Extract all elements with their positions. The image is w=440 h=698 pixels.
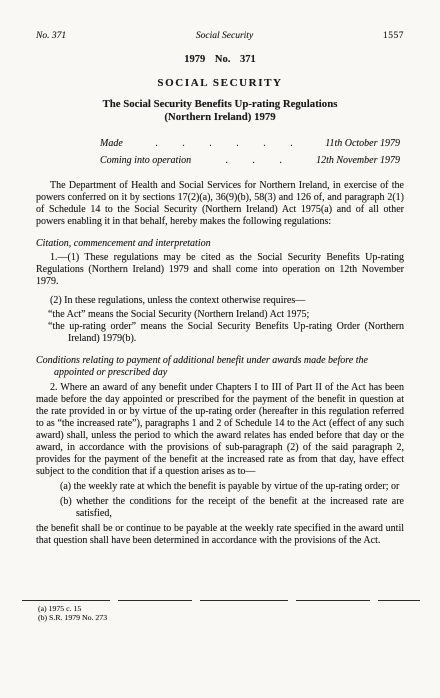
operation-label: Coming into operation xyxy=(100,155,191,167)
header-running-title: Social Security xyxy=(196,30,253,42)
definition-the-act: “the Act” means the Social Security (Nor… xyxy=(48,309,404,321)
preamble-paragraph: The Department of Health and Social Serv… xyxy=(36,180,404,228)
list-item-a: (a) the weekly rate at which the benefit… xyxy=(60,481,404,493)
footnote-b: (b) S.R. 1979 No. 273 xyxy=(38,614,440,623)
footnote-divider xyxy=(22,600,420,601)
document-title-line-1: The Social Security Benefits Up-rating R… xyxy=(36,98,404,111)
document-title-line-2: (Northern Ireland) 1979 xyxy=(36,111,404,124)
header-doc-number: No. 371 xyxy=(36,30,66,42)
year-number-line: 1979 No. 371 xyxy=(36,54,404,66)
regulation-2-closing: the benefit shall be or continue to be p… xyxy=(36,523,404,547)
footnote-area: (a) 1975 c. 15 (b) S.R. 1979 No. 273 xyxy=(0,600,440,622)
regulation-1-paragraph-2: (2) In these regulations, unless the con… xyxy=(36,295,404,307)
page-header: No. 371 Social Security 1557 xyxy=(36,30,404,42)
header-page-number: 1557 xyxy=(383,30,404,42)
operation-date: 12th November 1979 xyxy=(316,155,400,167)
operation-dot-leaders: . . . xyxy=(191,155,316,167)
definition-up-rating-order: “the up-rating order” means the Social S… xyxy=(48,321,404,345)
made-date: 11th October 1979 xyxy=(325,138,400,150)
made-row: Made . . . . . . 11th October 1979 xyxy=(100,138,400,150)
section-heading-citation: Citation, commencement and interpretatio… xyxy=(36,238,404,250)
made-dot-leaders: . . . . . . xyxy=(123,138,325,150)
regulation-2-paragraph: 2. Where an award of any benefit under C… xyxy=(36,382,404,478)
section-heading-conditions: Conditions relating to payment of additi… xyxy=(36,355,404,379)
subject-heading: SOCIAL SECURITY xyxy=(36,77,404,89)
list-item-b: (b) whether the conditions for the recei… xyxy=(60,496,404,520)
date-block: Made . . . . . . 11th October 1979 Comin… xyxy=(100,138,400,167)
operation-row: Coming into operation . . . 12th Novembe… xyxy=(100,155,400,167)
document-body: The Department of Health and Social Serv… xyxy=(36,180,404,547)
document-title: The Social Security Benefits Up-rating R… xyxy=(36,98,404,124)
made-label: Made xyxy=(100,138,123,150)
document-page: No. 371 Social Security 1557 1979 No. 37… xyxy=(0,0,440,698)
regulation-1-paragraph-1: 1.—(1) These regulations may be cited as… xyxy=(36,252,404,288)
